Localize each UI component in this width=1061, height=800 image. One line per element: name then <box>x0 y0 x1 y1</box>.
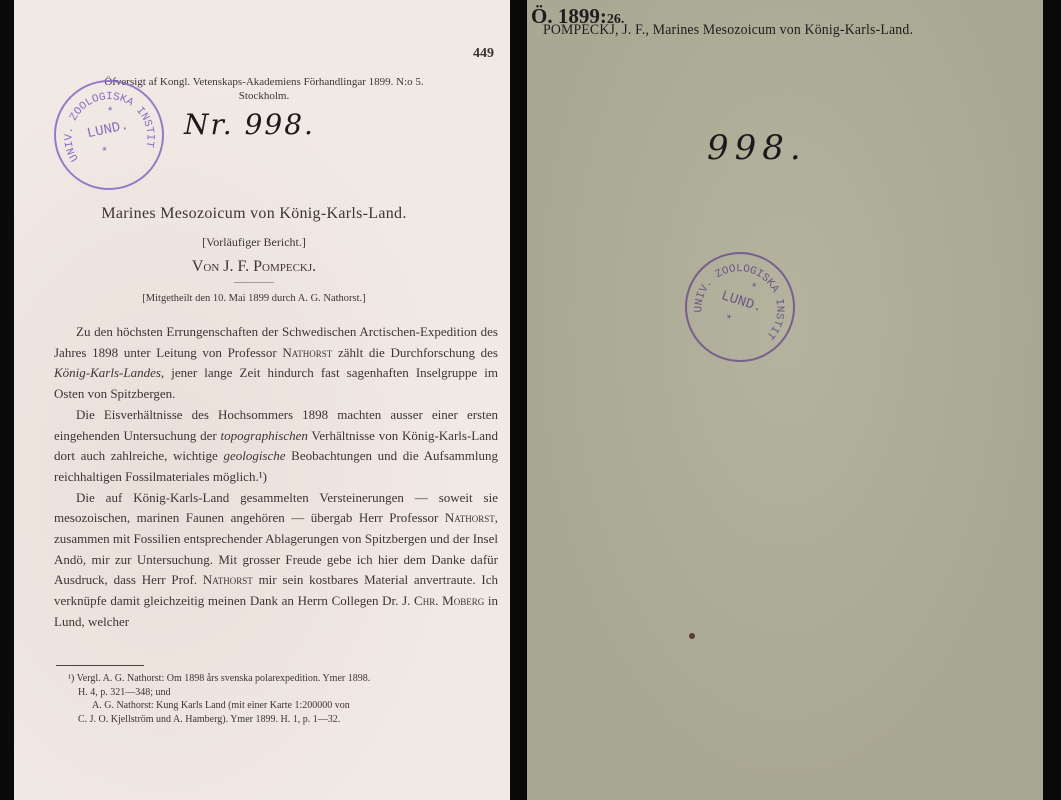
text-run: Die auf König-Karls-Land gesammelten Ver… <box>54 490 498 526</box>
handwritten-number: 998. <box>707 128 807 168</box>
footnotes: ¹) Vergl. A. G. Nathorst: Om 1898 års sv… <box>68 672 468 726</box>
footnote-line: C. J. O. Kjellström und A. Hamberg). Yme… <box>68 713 468 727</box>
paragraph-2: Die Eisverhältnisse des Hochsommers 1898… <box>54 405 498 488</box>
paragraph-1: Zu den höchsten Errungenschaften der Sch… <box>54 322 498 405</box>
cover-title: POMPECKJ, J. F., Marines Mesozoicum von … <box>543 22 913 39</box>
article-title: Marines Mesozoicum von König-Karls-Land. <box>14 205 494 223</box>
name-smallcaps: Nathorst <box>282 345 332 360</box>
footnote-divider <box>56 665 144 666</box>
library-stamp: UNIV. ZOOLOGISKA INSTITUT. * LUND. * <box>671 238 810 377</box>
communication-note: [Mitgetheilt den 10. Mai 1899 durch A. G… <box>14 293 494 304</box>
name-smallcaps: Chr. Moberg <box>414 593 484 608</box>
paragraph-3: Die auf König-Karls-Land gesammelten Ver… <box>54 488 498 633</box>
footnote-line: H. 4, p. 321—348; und <box>68 686 468 700</box>
author-name: Pompeckj. <box>253 258 316 275</box>
paper-blemish <box>689 633 695 639</box>
divider <box>234 282 274 283</box>
article-subtitle: [Vorläufiger Bericht.] <box>14 235 494 250</box>
article-body: Zu den höchsten Errungenschaften der Sch… <box>54 322 498 633</box>
text-run: zählt die Durchforschung des <box>332 345 498 360</box>
article-author: Von J. F. Pompeckj. <box>14 258 494 276</box>
page-number: 449 <box>473 46 494 62</box>
text-italic: König-Karls-Landes <box>54 365 161 380</box>
text-italic: topographischen <box>221 428 308 443</box>
name-smallcaps: Nathorst <box>203 572 253 587</box>
footnote-line: A. G. Nathorst: Kung Karls Land (mit ein… <box>68 699 468 713</box>
handwritten-number: Nr. 998. <box>184 108 315 141</box>
author-prefix: Von J. F. <box>192 258 253 275</box>
right-cover-scan: Ö. 1899:26. POMPECKJ, J. F., Marines Mes… <box>527 0 1043 800</box>
left-page-scan: 449 Öfversigt af Kongl. Vetenskaps-Akade… <box>14 0 510 800</box>
name-smallcaps: Nathorst <box>445 510 495 525</box>
text-italic: geologische <box>223 448 285 463</box>
footnote-line: ¹) Vergl. A. G. Nathorst: Om 1898 års sv… <box>68 672 468 686</box>
